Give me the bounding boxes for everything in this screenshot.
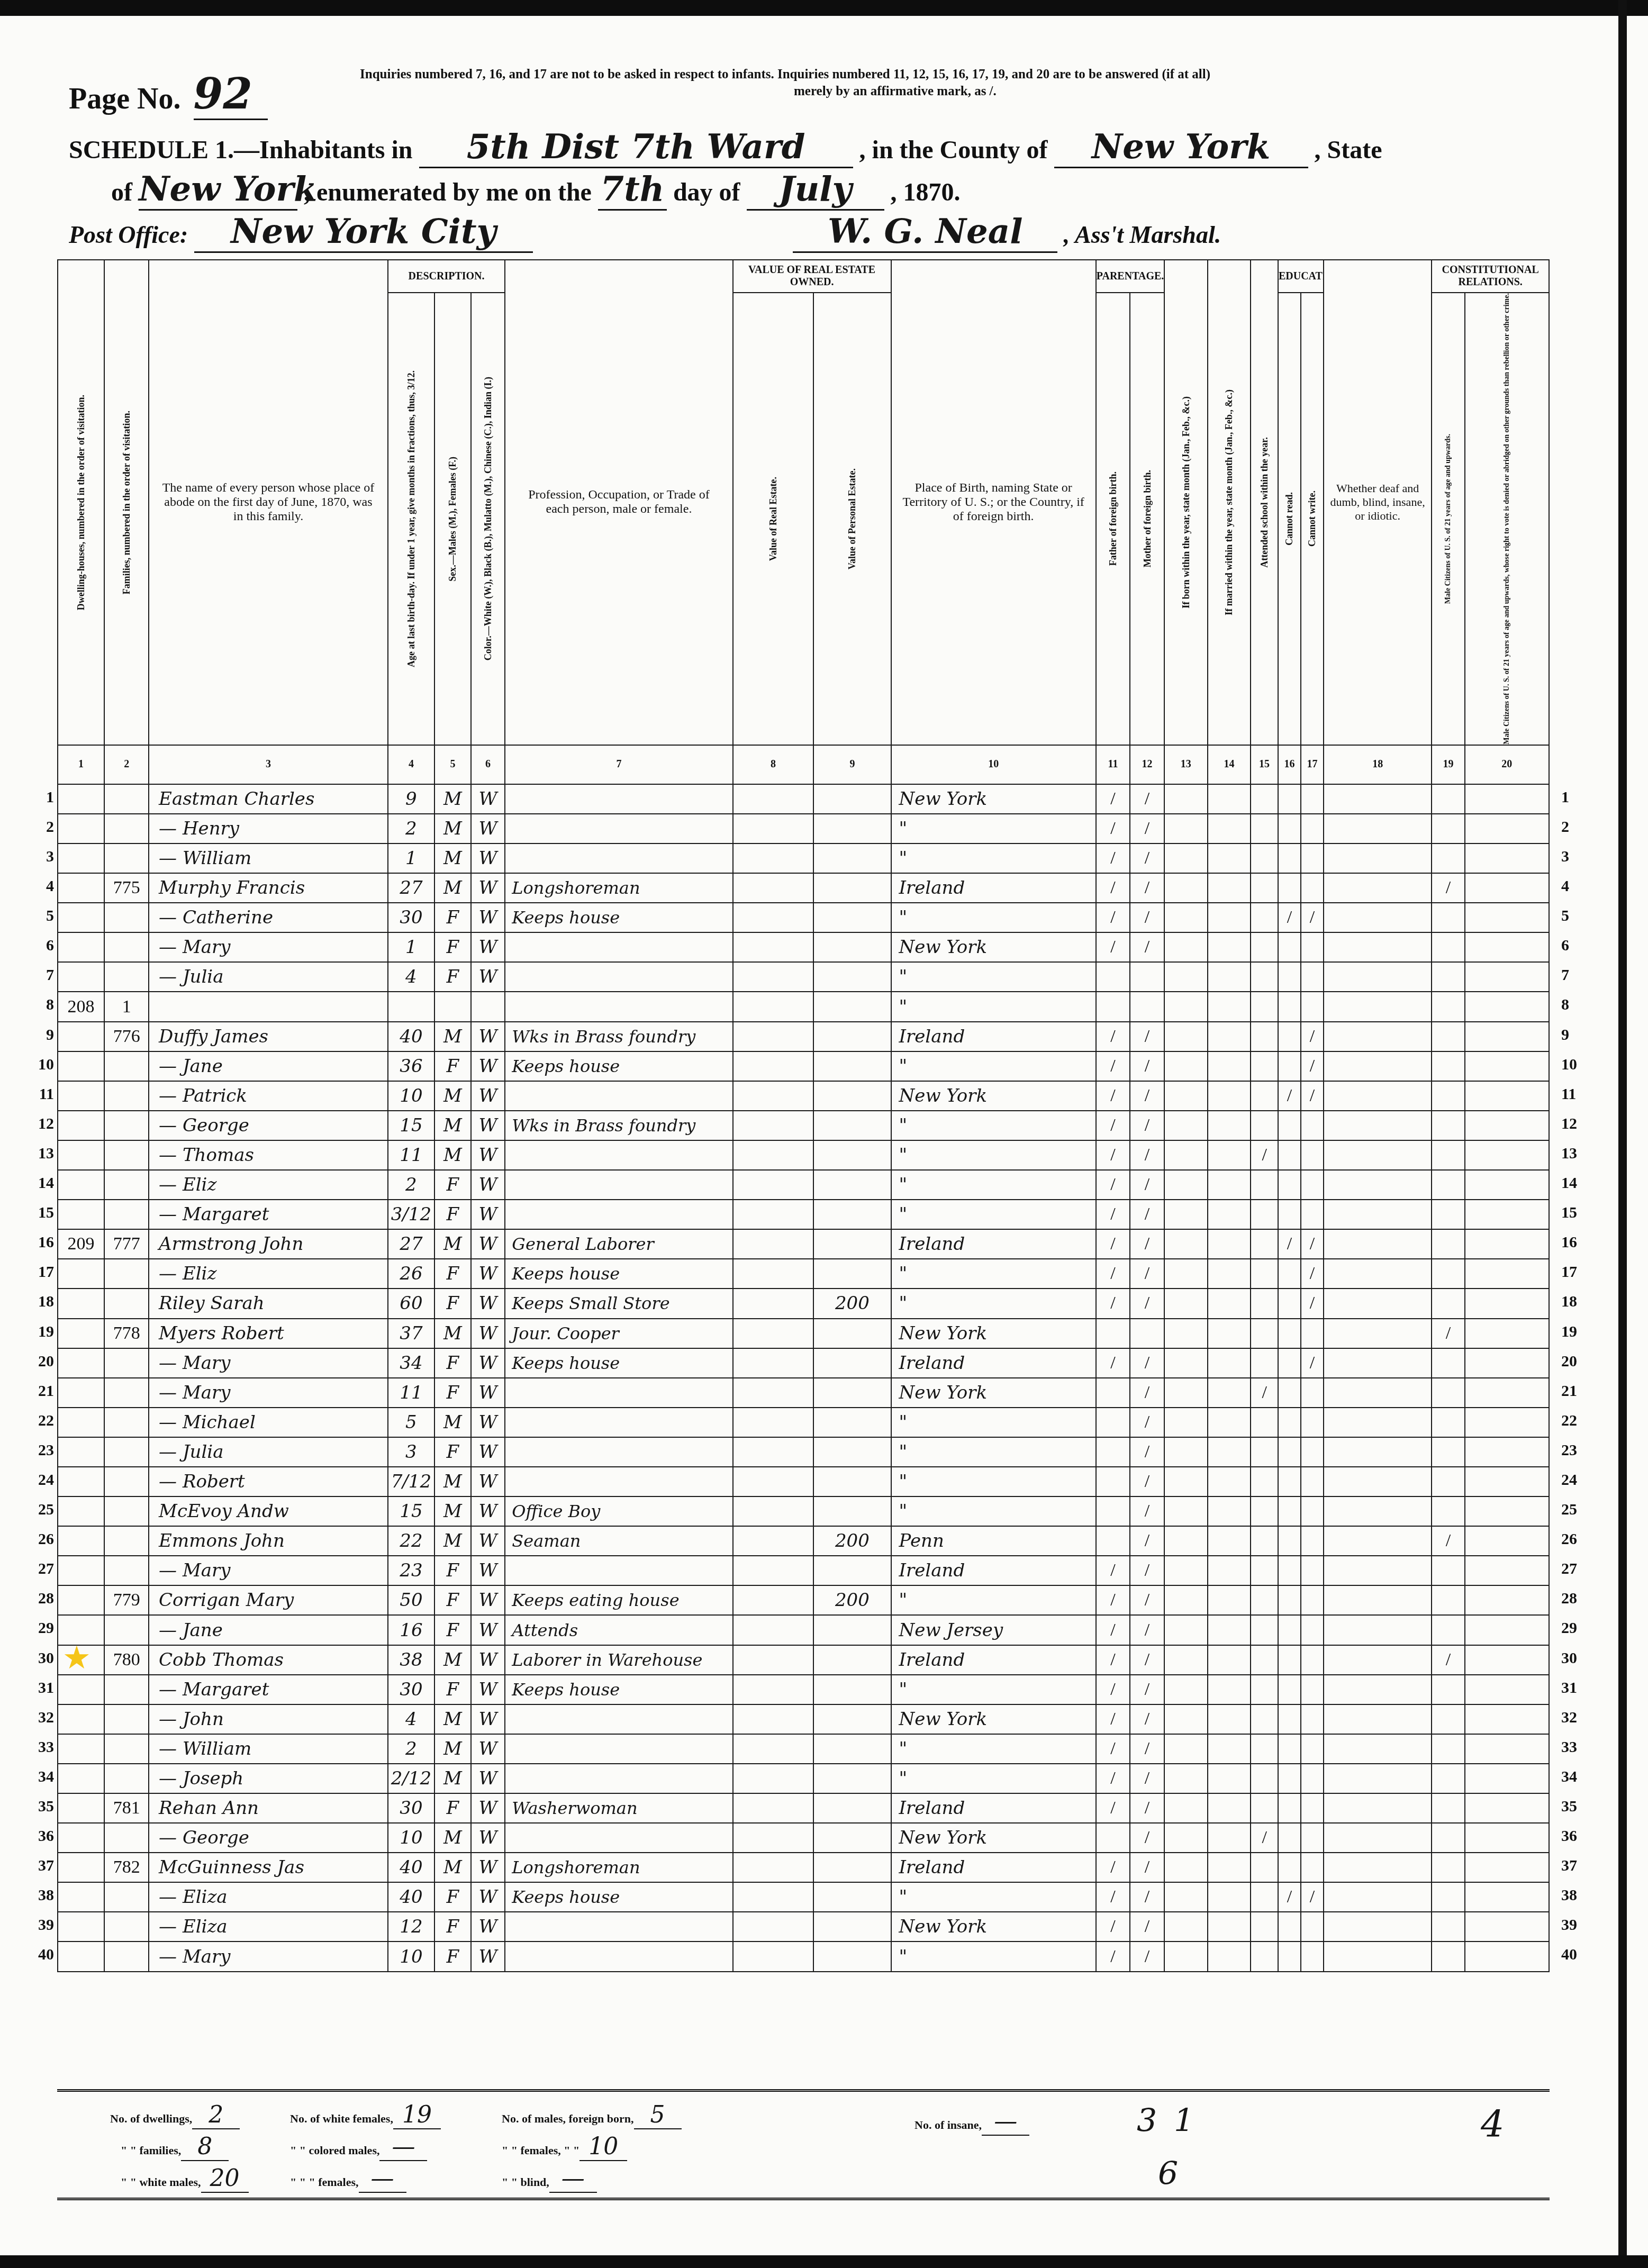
real-estate-cell	[733, 1882, 814, 1912]
color-cell: W	[471, 962, 505, 992]
vote-denied-cell	[1465, 1793, 1549, 1823]
table-row: — Mary1FWNew York//	[58, 932, 1549, 962]
cannot-read-cell: /	[1278, 1229, 1301, 1259]
vote-denied-cell	[1465, 1319, 1549, 1348]
born-within-year-cell	[1164, 1882, 1208, 1912]
tally-citizens: 4	[1481, 2102, 1505, 2146]
occupation-cell	[505, 1556, 732, 1585]
line-number-left: 9	[33, 1026, 54, 1044]
cannot-write-cell	[1301, 784, 1324, 814]
age-cell: 4	[388, 962, 434, 992]
deaf-blind-cell	[1324, 1675, 1432, 1704]
born-within-year-cell	[1164, 1467, 1208, 1496]
male-citizen-cell	[1432, 1496, 1464, 1526]
header-col20: Male Citizens of U. S. of 21 years of ag…	[1465, 293, 1549, 745]
age-cell: 27	[388, 873, 434, 903]
table-row: — Mary11FWNew York//	[58, 1378, 1549, 1408]
line-number-left: 14	[33, 1174, 54, 1192]
family-cell	[104, 1140, 149, 1170]
father-foreign-cell: /	[1096, 1140, 1130, 1170]
family-cell	[104, 814, 149, 843]
male-citizen-cell	[1432, 1704, 1464, 1734]
name-cell: — Jane	[149, 1615, 388, 1645]
mother-foreign-cell: /	[1130, 1764, 1164, 1793]
cannot-read-cell	[1278, 1556, 1301, 1585]
color-cell: W	[471, 1200, 505, 1229]
column-number-19: 19	[1432, 745, 1464, 784]
attended-school-cell	[1251, 1615, 1278, 1645]
birthplace-cell: Ireland	[891, 1229, 1096, 1259]
vote-denied-cell	[1465, 1111, 1549, 1140]
line-number-left: 35	[33, 1798, 54, 1816]
occupation-cell: Keeps house	[505, 1051, 732, 1081]
age-cell: 10	[388, 1942, 434, 1971]
line-number-right: 21	[1561, 1382, 1593, 1400]
mother-foreign-cell: /	[1130, 1615, 1164, 1645]
married-within-year-cell	[1208, 1942, 1251, 1971]
cannot-read-cell	[1278, 1912, 1301, 1942]
line-number-right: 18	[1561, 1293, 1593, 1311]
mother-foreign-cell: /	[1130, 1853, 1164, 1882]
cannot-read-cell	[1278, 1051, 1301, 1081]
father-foreign-cell: /	[1096, 1882, 1130, 1912]
header-col5: Sex.—Males (M.), Females (F.)	[434, 293, 471, 745]
line-number-right: 38	[1561, 1886, 1593, 1904]
birthplace-cell: "	[891, 1764, 1096, 1793]
family-cell	[104, 843, 149, 873]
age-cell: 60	[388, 1289, 434, 1318]
header-col12: Mother of foreign birth.	[1130, 293, 1164, 745]
father-foreign-cell	[1096, 1319, 1130, 1348]
family-cell: 775	[104, 873, 149, 903]
born-within-year-cell	[1164, 1051, 1208, 1081]
age-cell: 34	[388, 1348, 434, 1378]
real-estate-cell	[733, 1140, 814, 1170]
vote-denied-cell	[1465, 1437, 1549, 1467]
cannot-write-cell	[1301, 1823, 1324, 1853]
married-within-year-cell	[1208, 1912, 1251, 1942]
line-number-left: 12	[33, 1115, 54, 1133]
table-row: — Eliz26FWKeeps house"///	[58, 1259, 1549, 1289]
mother-foreign-cell: /	[1130, 1170, 1164, 1200]
male-citizen-cell	[1432, 932, 1464, 962]
line-number-right: 39	[1561, 1916, 1593, 1934]
table-row: — Robert7/12MW"/	[58, 1467, 1549, 1496]
personal-estate-cell	[813, 1319, 891, 1348]
dwelling-cell	[58, 1585, 104, 1615]
color-cell: W	[471, 1585, 505, 1615]
personal-estate-cell: 200	[813, 1289, 891, 1318]
dwelling-cell	[58, 1942, 104, 1971]
cannot-read-cell	[1278, 992, 1301, 1021]
family-cell	[104, 1882, 149, 1912]
birthplace-cell: "	[891, 1200, 1096, 1229]
mother-foreign-cell: /	[1130, 1111, 1164, 1140]
family-cell	[104, 1704, 149, 1734]
sex-cell: F	[434, 1051, 471, 1081]
column-number-4: 4	[388, 745, 434, 784]
name-cell: — Jane	[149, 1051, 388, 1081]
vote-denied-cell	[1465, 1853, 1549, 1882]
line-number-left: 40	[33, 1946, 54, 1964]
header-col1: Dwelling-houses, numbered in the order o…	[58, 260, 104, 745]
deaf-blind-cell	[1324, 1526, 1432, 1556]
dwelling-cell	[58, 1853, 104, 1882]
age-cell: 27	[388, 1229, 434, 1259]
birthplace-cell: "	[891, 1289, 1096, 1318]
mother-foreign-cell: /	[1130, 1408, 1164, 1437]
summary-colored-females: " " " females,—	[290, 2165, 406, 2193]
cannot-write-cell: /	[1301, 903, 1324, 932]
married-within-year-cell	[1208, 962, 1251, 992]
line-number-right: 27	[1561, 1560, 1593, 1578]
deaf-blind-cell	[1324, 1229, 1432, 1259]
line-number-right: 23	[1561, 1441, 1593, 1459]
cannot-read-cell	[1278, 962, 1301, 992]
color-cell: W	[471, 1467, 505, 1496]
summary-insane: No. of insane,—	[914, 2108, 1029, 2136]
mother-foreign-cell: /	[1130, 843, 1164, 873]
line-number-right: 19	[1561, 1323, 1593, 1341]
birthplace-cell: Ireland	[891, 1793, 1096, 1823]
name-cell: — George	[149, 1111, 388, 1140]
dwelling-cell	[58, 1437, 104, 1467]
born-within-year-cell	[1164, 1289, 1208, 1318]
cannot-write-cell	[1301, 1556, 1324, 1585]
born-within-year-cell	[1164, 1140, 1208, 1170]
line-number-right: 11	[1561, 1085, 1593, 1103]
real-estate-cell	[733, 1378, 814, 1408]
born-within-year-cell	[1164, 1111, 1208, 1140]
cannot-read-cell: /	[1278, 903, 1301, 932]
father-foreign-cell: /	[1096, 1615, 1130, 1645]
family-cell	[104, 1259, 149, 1289]
color-cell: W	[471, 1437, 505, 1467]
family-cell	[104, 1437, 149, 1467]
dwelling-cell	[58, 1289, 104, 1318]
sex-cell: F	[434, 1912, 471, 1942]
scan-border-right	[1618, 0, 1627, 2268]
cannot-read-cell	[1278, 1022, 1301, 1051]
attended-school-cell	[1251, 1942, 1278, 1971]
male-citizen-cell	[1432, 1764, 1464, 1793]
sex-cell: M	[434, 1704, 471, 1734]
age-cell: 12	[388, 1912, 434, 1942]
post-office-line: Post Office: New York City W. G. Neal , …	[69, 212, 1221, 253]
deaf-blind-cell	[1324, 1615, 1432, 1645]
line-number-left: 16	[33, 1233, 54, 1251]
deaf-blind-cell	[1324, 962, 1432, 992]
family-cell	[104, 962, 149, 992]
male-citizen-cell	[1432, 1615, 1464, 1645]
attended-school-cell: /	[1251, 1140, 1278, 1170]
father-foreign-cell: /	[1096, 932, 1130, 962]
married-within-year-cell	[1208, 1704, 1251, 1734]
vote-denied-cell	[1465, 1467, 1549, 1496]
male-citizen-cell	[1432, 1051, 1464, 1081]
real-estate-cell	[733, 1585, 814, 1615]
attended-school-cell	[1251, 1348, 1278, 1378]
sex-cell: M	[434, 784, 471, 814]
attended-school-cell	[1251, 1585, 1278, 1615]
name-cell: — Mary	[149, 1942, 388, 1971]
birthplace-cell: Ireland	[891, 1022, 1096, 1051]
age-cell: 5	[388, 1408, 434, 1437]
cannot-read-cell	[1278, 1585, 1301, 1615]
dwelling-cell	[58, 1882, 104, 1912]
sex-cell: M	[434, 1853, 471, 1882]
family-cell: 781	[104, 1793, 149, 1823]
tally-mother-foreign: 1	[1174, 2102, 1194, 2139]
mother-foreign-cell: /	[1130, 1081, 1164, 1111]
attended-school-cell	[1251, 1200, 1278, 1229]
mother-foreign-cell: /	[1130, 1378, 1164, 1408]
line-number-right: 6	[1561, 937, 1593, 955]
table-row: — Mary34FWKeeps houseIreland///	[58, 1348, 1549, 1378]
sex-cell: M	[434, 1526, 471, 1556]
line-number-right: 8	[1561, 996, 1593, 1014]
name-cell: — Patrick	[149, 1081, 388, 1111]
line-number-right: 37	[1561, 1857, 1593, 1875]
table-row: — George15MWWks in Brass foundry"//	[58, 1111, 1549, 1140]
mother-foreign-cell	[1130, 962, 1164, 992]
line-number-left: 22	[33, 1412, 54, 1430]
column-number-3: 3	[149, 745, 388, 784]
cannot-read-cell	[1278, 1170, 1301, 1200]
mother-foreign-cell: /	[1130, 1229, 1164, 1259]
vote-denied-cell	[1465, 873, 1549, 903]
father-foreign-cell: /	[1096, 1556, 1130, 1585]
male-citizen-cell	[1432, 1022, 1464, 1051]
family-cell: 776	[104, 1022, 149, 1051]
born-within-year-cell	[1164, 932, 1208, 962]
header-group-education: EDUCATION.	[1278, 260, 1324, 293]
name-cell: — Mary	[149, 1556, 388, 1585]
mother-foreign-cell: /	[1130, 1259, 1164, 1289]
deaf-blind-cell	[1324, 1140, 1432, 1170]
mother-foreign-cell: /	[1130, 1942, 1164, 1971]
header-group-real-estate: VALUE OF REAL ESTATE OWNED.	[733, 260, 891, 293]
line-number-left: 13	[33, 1145, 54, 1163]
cannot-read-cell	[1278, 1704, 1301, 1734]
deaf-blind-cell	[1324, 843, 1432, 873]
male-citizen-cell: /	[1432, 1645, 1464, 1675]
line-number-right: 40	[1561, 1946, 1593, 1964]
birthplace-cell: "	[891, 1882, 1096, 1912]
attended-school-cell	[1251, 962, 1278, 992]
name-cell: Myers Robert	[149, 1319, 388, 1348]
male-citizen-cell: /	[1432, 873, 1464, 903]
born-within-year-cell	[1164, 1853, 1208, 1882]
father-foreign-cell	[1096, 992, 1130, 1021]
cannot-write-cell	[1301, 1111, 1324, 1140]
line-number-left: 27	[33, 1560, 54, 1578]
sex-cell: M	[434, 1229, 471, 1259]
table-row: 778Myers Robert37MWJour. CooperNew York/	[58, 1319, 1549, 1348]
color-cell: W	[471, 1170, 505, 1200]
male-citizen-cell	[1432, 1437, 1464, 1467]
attended-school-cell	[1251, 1051, 1278, 1081]
male-citizen-cell	[1432, 1556, 1464, 1585]
color-cell: W	[471, 1259, 505, 1289]
father-foreign-cell	[1096, 1526, 1130, 1556]
table-row: — Mary23FWIreland//	[58, 1556, 1549, 1585]
real-estate-cell	[733, 1408, 814, 1437]
occupation-cell: Washerwoman	[505, 1793, 732, 1823]
real-estate-cell	[733, 873, 814, 903]
table-row: — William2MW"//	[58, 1734, 1549, 1764]
line-number-right: 9	[1561, 1026, 1593, 1044]
male-citizen-cell	[1432, 814, 1464, 843]
occupation-cell: Longshoreman	[505, 1853, 732, 1882]
line-number-left: 28	[33, 1590, 54, 1608]
cannot-read-cell	[1278, 1289, 1301, 1318]
father-foreign-cell: /	[1096, 1200, 1130, 1229]
attended-school-cell	[1251, 1734, 1278, 1764]
vote-denied-cell	[1465, 1229, 1549, 1259]
real-estate-cell	[733, 1556, 814, 1585]
line-number-right: 32	[1561, 1709, 1593, 1727]
personal-estate-cell	[813, 843, 891, 873]
family-cell	[104, 1378, 149, 1408]
male-citizen-cell: /	[1432, 1526, 1464, 1556]
real-estate-cell	[733, 843, 814, 873]
table-row: 782McGuinness Jas40MWLongshoremanIreland…	[58, 1853, 1549, 1882]
age-cell: 2	[388, 814, 434, 843]
dwelling-cell	[58, 1704, 104, 1734]
line-number-left: 21	[33, 1382, 54, 1400]
age-cell: 36	[388, 1051, 434, 1081]
cannot-write-cell	[1301, 1585, 1324, 1615]
line-number-left: 34	[33, 1768, 54, 1786]
table-row: — Thomas11MW"///	[58, 1140, 1549, 1170]
line-number-right: 7	[1561, 966, 1593, 984]
line-number-left: 1	[33, 788, 54, 806]
real-estate-cell	[733, 1229, 814, 1259]
attended-school-cell	[1251, 843, 1278, 873]
deaf-blind-cell	[1324, 1259, 1432, 1289]
father-foreign-cell: /	[1096, 1022, 1130, 1051]
header-col17: Cannot write.	[1301, 293, 1324, 745]
header-group-parentage: PARENTAGE.	[1096, 260, 1164, 293]
male-citizen-cell	[1432, 962, 1464, 992]
born-within-year-cell	[1164, 1556, 1208, 1585]
father-foreign-cell: /	[1096, 1348, 1130, 1378]
dwelling-cell	[58, 1348, 104, 1378]
father-foreign-cell: /	[1096, 1289, 1130, 1318]
male-citizen-cell	[1432, 1912, 1464, 1942]
married-within-year-cell	[1208, 1259, 1251, 1289]
family-cell	[104, 1734, 149, 1764]
table-row: — Michael5MW"/	[58, 1408, 1549, 1437]
occupation-cell	[505, 814, 732, 843]
attended-school-cell	[1251, 932, 1278, 962]
census-page: Page No. 92 Inquiries numbered 7, 16, an…	[0, 0, 1648, 2268]
cannot-read-cell	[1278, 1645, 1301, 1675]
name-cell: — Margaret	[149, 1675, 388, 1704]
father-foreign-cell: /	[1096, 1259, 1130, 1289]
father-foreign-cell: /	[1096, 1734, 1130, 1764]
born-within-year-cell	[1164, 1348, 1208, 1378]
born-within-year-cell	[1164, 1081, 1208, 1111]
mother-foreign-cell: /	[1130, 1734, 1164, 1764]
personal-estate-cell	[813, 873, 891, 903]
family-cell	[104, 1823, 149, 1853]
scan-border-top	[0, 0, 1648, 16]
mother-foreign-cell: /	[1130, 814, 1164, 843]
cannot-read-cell	[1278, 1675, 1301, 1704]
birthplace-cell: Ireland	[891, 1556, 1096, 1585]
name-cell: McGuinness Jas	[149, 1853, 388, 1882]
cannot-read-cell	[1278, 1823, 1301, 1853]
family-cell	[104, 1526, 149, 1556]
family-cell	[104, 932, 149, 962]
vote-denied-cell	[1465, 1734, 1549, 1764]
born-within-year-cell	[1164, 784, 1208, 814]
attended-school-cell	[1251, 1081, 1278, 1111]
cannot-write-cell: /	[1301, 1081, 1324, 1111]
married-within-year-cell	[1208, 1229, 1251, 1259]
occupation-cell: Keeps house	[505, 1348, 732, 1378]
name-cell: Riley Sarah	[149, 1289, 388, 1318]
line-number-left: 37	[33, 1857, 54, 1875]
vote-denied-cell	[1465, 1585, 1549, 1615]
table-row: Eastman Charles9MWNew York//	[58, 784, 1549, 814]
family-cell	[104, 1764, 149, 1793]
sex-cell: M	[434, 1645, 471, 1675]
family-cell	[104, 1408, 149, 1437]
line-number-left: 17	[33, 1263, 54, 1281]
color-cell: W	[471, 873, 505, 903]
birthplace-cell: "	[891, 843, 1096, 873]
line-number-left: 4	[33, 877, 54, 895]
vote-denied-cell	[1465, 992, 1549, 1021]
vote-denied-cell	[1465, 1823, 1549, 1853]
name-cell: — William	[149, 843, 388, 873]
birthplace-cell: New York	[891, 1704, 1096, 1734]
age-cell: 3	[388, 1437, 434, 1467]
male-citizen-cell	[1432, 1823, 1464, 1853]
table-row: — Patrick10MWNew York////	[58, 1081, 1549, 1111]
column-number-8: 8	[733, 745, 814, 784]
name-cell: — Eliza	[149, 1912, 388, 1942]
occupation-cell: Keeps house	[505, 903, 732, 932]
cannot-read-cell	[1278, 1853, 1301, 1882]
table-row: — William1MW"//	[58, 843, 1549, 873]
personal-estate-cell	[813, 1259, 891, 1289]
birthplace-cell: "	[891, 1259, 1096, 1289]
vote-denied-cell	[1465, 1140, 1549, 1170]
name-cell: Duffy James	[149, 1022, 388, 1051]
sex-cell: F	[434, 1259, 471, 1289]
born-within-year-cell	[1164, 1764, 1208, 1793]
father-foreign-cell: /	[1096, 814, 1130, 843]
father-foreign-cell	[1096, 1823, 1130, 1853]
schedule-header: Page No. 92 Inquiries numbered 7, 16, an…	[64, 53, 1545, 254]
summary-white-females: No. of white females,19	[290, 2101, 441, 2129]
married-within-year-cell	[1208, 1200, 1251, 1229]
cannot-read-cell	[1278, 814, 1301, 843]
line-number-left: 11	[33, 1085, 54, 1103]
family-cell	[104, 1556, 149, 1585]
married-within-year-cell	[1208, 1882, 1251, 1912]
table-row: 780Cobb Thomas38MWLaborer in WarehouseIr…	[58, 1645, 1549, 1675]
personal-estate-cell	[813, 814, 891, 843]
vote-denied-cell	[1465, 1022, 1549, 1051]
deaf-blind-cell	[1324, 784, 1432, 814]
personal-estate-cell	[813, 1853, 891, 1882]
vote-denied-cell	[1465, 1882, 1549, 1912]
